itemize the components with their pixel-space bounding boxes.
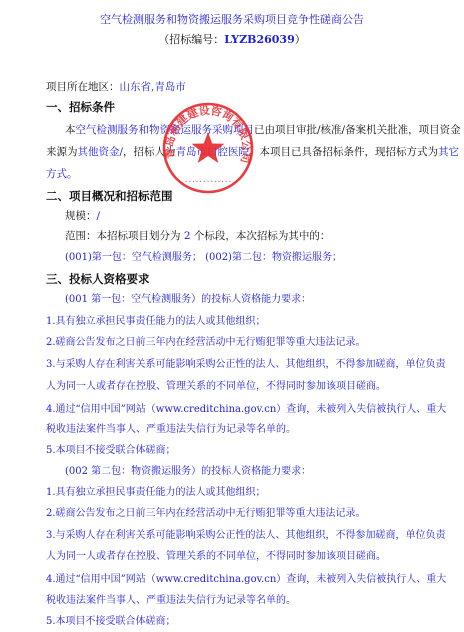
project-name: 空气检测服务和物资搬运服务采购项目 [76,124,255,136]
document-title: 空气检测服务和物资搬运服务采购项目竞争性磋商公告 [0,13,464,27]
section1-para-line3: 方式。 [46,167,78,181]
text: 本 [65,124,76,136]
section2-heading: 二、项目概况和招标范围 [46,189,173,203]
text: 已由项目审批/核准/备案机关批准，项目资金 [254,124,461,136]
group1-item1: 1.具有独立承担民事责任能力的法人或其他组织； [46,315,266,329]
scale-label: 规模： [65,210,97,222]
project-location: 项目所在地区：山东省,青岛市 [46,80,186,94]
section1-para-line1: 本空气检测服务和物资搬运服务采购项目已由项目审批/核准/备案机关批准，项目资金 [65,123,461,137]
group2-item2: 2.磋商公告发布之日前三年内在经营活动中无行贿犯罪等重大违法记录。 [46,507,366,521]
group2-header: (002 第二包：物资搬运服务）的投标人资格能力要求： [65,465,311,479]
group1-item3-line1: 3.与采购人存在利害关系可能影响采购公正性的法人、其他组织，不得参加磋商，单位负… [46,358,446,372]
section1-heading: 一、招标条件 [46,100,115,114]
subtitle-prefix: （招标编号： [158,33,224,46]
group1-item2: 2.磋商公告发布之日前三年内在经营活动中无行贿犯罪等重大违法记录。 [46,336,366,350]
text: 。本项目已具备招标条件，现招标方式为 [249,146,438,158]
text: 来源为 [46,146,78,158]
tender-number: LYZB26039 [224,33,294,46]
text: 。 [67,168,78,180]
group1-header: (001 第一包：空气检测服务）的投标人资格能力要求： [65,293,311,307]
section1-para-line2: 来源为其他资金/，招标人为青岛市口腔医院。本项目已具备招标条件，现招标方式为其它 [46,145,459,159]
group1-item5: 5.本项目不接受联合体磋商； [46,444,176,458]
tender-method-cont: 方式 [46,168,67,180]
group2-item1: 1.具有独立承担民事责任能力的法人或其他组织； [46,486,266,500]
text: ，招标人为 [123,146,176,158]
location-label: 项目所在地区： [46,81,120,93]
subtitle-suffix: ） [295,33,306,46]
text: 范围：本招标项目划分为 [65,230,181,242]
group1-item4-line2: 税收违法案件当事人、严重违法失信行为记录等名单的。 [46,423,296,437]
scale-line: 规模：/ [65,209,100,223]
text: 个标段，本次招标为其中的： [194,230,331,242]
section3-heading: 三、投标人资格要求 [46,272,150,286]
group1-item3-line2: 人为同一人或者存在控股、管理关系的不同单位，不得同时参加该项目磋商。 [46,380,386,394]
range-line: 范围：本招标项目划分为 2 个标段，本次招标为其中的： [65,229,330,243]
fund-source: 其他资金/ [78,146,124,158]
group2-item4-line1: 4.通过“信用中国”网站（www.creditchina.gov.cn）查询，未… [46,573,446,587]
svg-text:• • • • • • • • • • • • •: • • • • • • • • • • • • • [185,179,231,184]
group1-item4-line1: 4.通过“信用中国”网站（www.creditchina.gov.cn）查询，未… [46,403,446,417]
document-page: 空气检测服务和物资搬运服务采购项目竞争性磋商公告 （招标编号：LYZB26039… [0,0,464,632]
scale-value: / [97,210,101,222]
group2-item3-line2: 人为同一人或者存在控股、管理关系的不同单位，不得同时参加该项目磋商。 [46,550,386,564]
location-value: 山东省,青岛市 [120,81,186,93]
section-count: 2 [184,230,191,242]
tenderer-name: 青岛市口腔医院 [176,146,250,158]
group2-item5: 5.本项目不接受联合体磋商； [46,615,176,629]
document-subtitle: （招标编号：LYZB26039） [0,33,464,47]
group2-item4-line2: 税收违法案件当事人、严重违法失信行为记录等名单的。 [46,594,296,608]
group2-item3-line1: 3.与采购人存在利害关系可能影响采购公正性的法人、其他组织，不得参加磋商，单位负… [46,529,446,543]
tender-method: 其它 [438,146,459,158]
packages-line: (001)第一包：空气检测服务； (002)第二包：物资搬运服务； [65,251,342,265]
